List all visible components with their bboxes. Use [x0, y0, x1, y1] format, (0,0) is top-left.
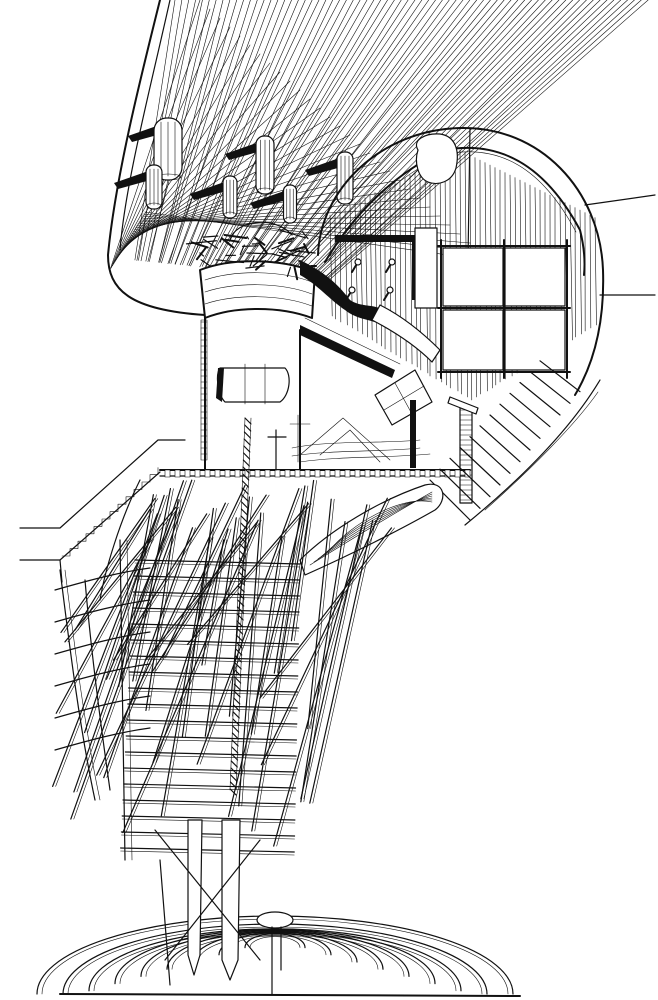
hanging-bag	[416, 134, 457, 184]
hanging-lamps	[114, 118, 353, 223]
deck	[160, 470, 470, 477]
drawing-canvas	[0, 0, 658, 1000]
inner-panel	[335, 228, 437, 308]
leaning-frame	[375, 370, 432, 425]
labyrinth	[37, 912, 513, 994]
ground-line	[60, 994, 520, 996]
lattice-window	[438, 240, 570, 378]
tower	[200, 261, 400, 470]
stick-fan	[430, 361, 600, 525]
canoe	[300, 484, 443, 575]
